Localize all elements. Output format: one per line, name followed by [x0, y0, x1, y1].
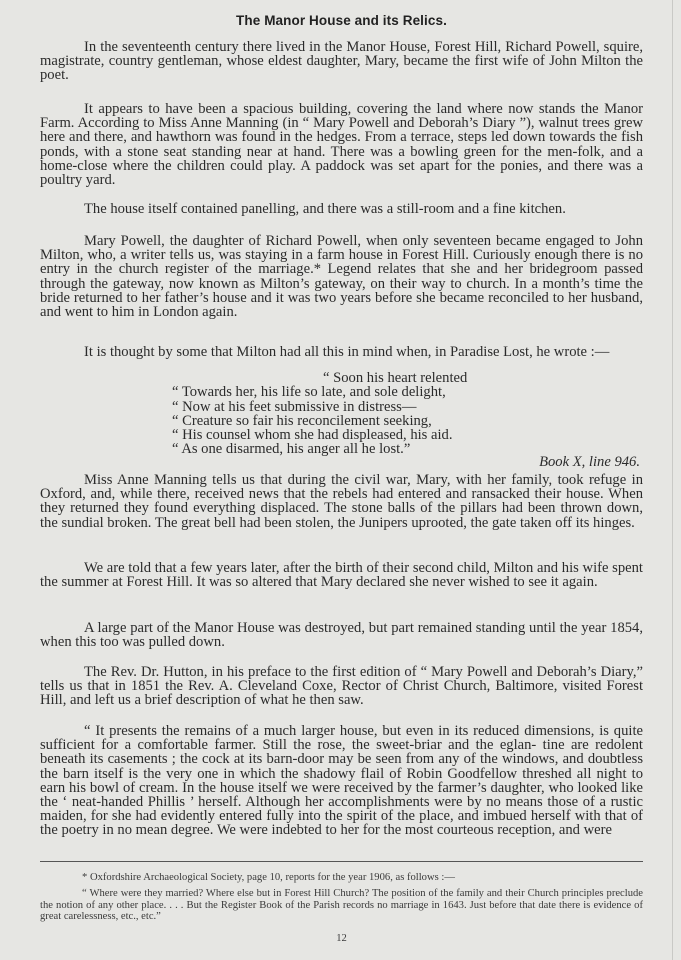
- verse-quotation: “ Soon his heart relented “ Towards her,…: [172, 371, 552, 457]
- footnote-quote: “ Where were they married? Where else bu…: [40, 888, 643, 923]
- paragraph-house-interior: The house itself contained panelling, an…: [40, 202, 643, 216]
- paragraph-marriage: Mary Powell, the daughter of Richard Pow…: [40, 234, 643, 319]
- scan-page-edge: [672, 0, 673, 960]
- verse-attribution: Book X, line 946.: [539, 454, 640, 471]
- paragraph-paradise-lost: It is thought by some that Milton had al…: [40, 345, 643, 359]
- verse-line: “ Soon his heart relented: [172, 371, 552, 385]
- footnote-source: * Oxfordshire Archaeological Society, pa…: [40, 872, 643, 884]
- paragraph-later-visit: We are told that a few years later, afte…: [40, 561, 643, 589]
- paragraph-hutton: The Rev. Dr. Hutton, in his preface to t…: [40, 665, 643, 708]
- paragraph-intro: In the seventeenth century there lived i…: [40, 40, 643, 83]
- paragraph-building: It appears to have been a spacious build…: [40, 102, 643, 187]
- paragraph-destroyed: A large part of the Manor House was dest…: [40, 621, 643, 649]
- paragraph-civil-war: Miss Anne Manning tells us that during t…: [40, 473, 643, 530]
- page-number: 12: [40, 933, 643, 944]
- verse-line: “ Creature so fair his reconcilement see…: [172, 414, 552, 428]
- page-title: The Manor House and its Relics.: [40, 13, 643, 28]
- verse-line: “ His counsel whom she had displeased, h…: [172, 428, 552, 442]
- verse-line: “ As one disarmed, his anger all he lost…: [172, 442, 552, 456]
- paragraph-coxe-quote: “ It presents the remains of a much larg…: [40, 724, 643, 838]
- verse-line: “ Towards her, his life so late, and sol…: [172, 385, 552, 399]
- footnote-divider: [40, 861, 643, 862]
- verse-line: “ Now at his feet submissive in distress…: [172, 400, 552, 414]
